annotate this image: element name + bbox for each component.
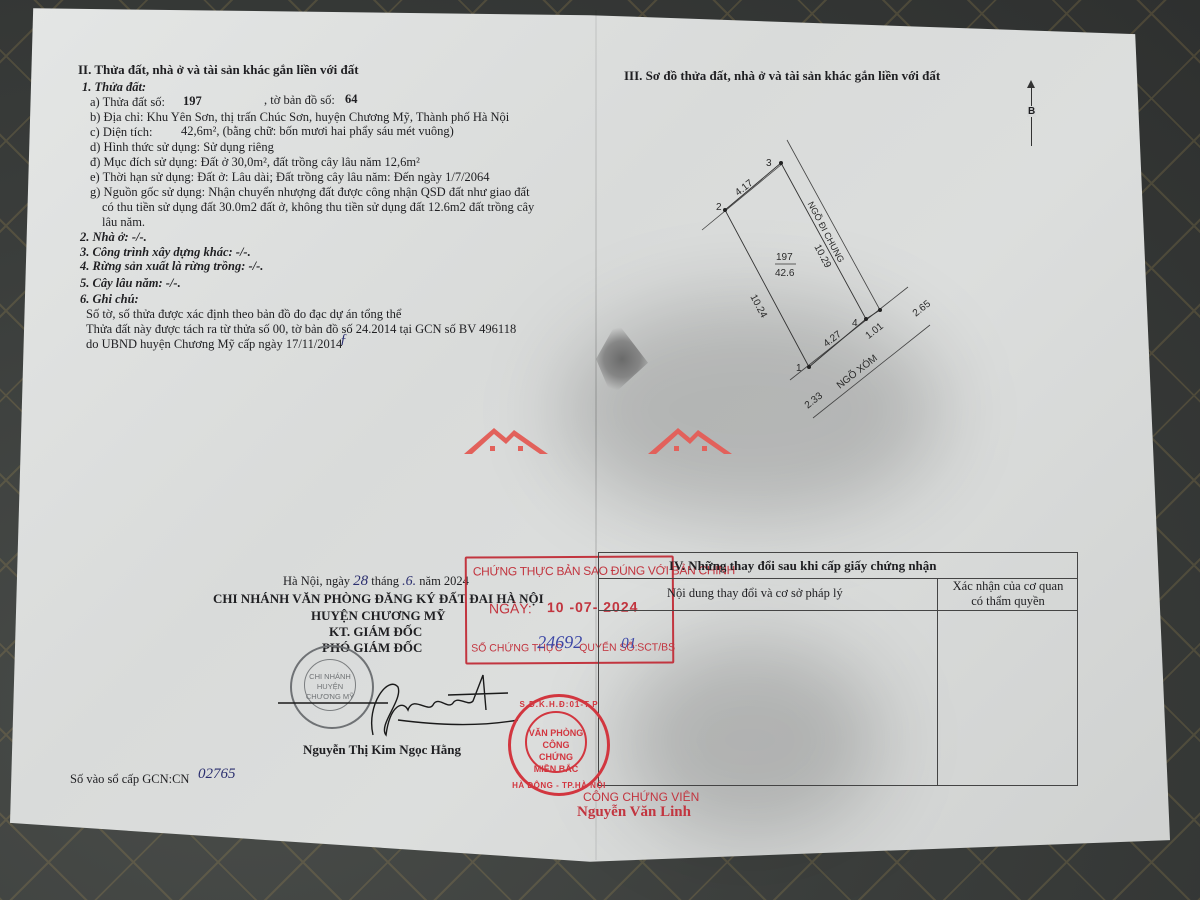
parcel-diagram: 2 3 1 4 197 42.6 4.17 10.24 10.29 4.27 1… [690, 130, 950, 420]
seal-ring-top: S.Đ.K.H.Đ:01-T.P [511, 700, 607, 709]
watermark-house-icon [464, 424, 548, 456]
signer-role-1: KT. GIÁM ĐỐC [329, 624, 422, 640]
road-front-label: NGÕ XÓM [834, 351, 880, 391]
signer-name: Nguyễn Thị Kim Ngọc Hằng [303, 742, 461, 758]
notes-heading: 6. Ghi chú: [80, 292, 139, 308]
notary-title: CÔNG CHỨNG VIÊN [583, 790, 699, 804]
changes-table: IV. Những thay đổi sau khi cấp giấy chứn… [598, 552, 1078, 786]
seal-line: MIỀN BẮC [527, 763, 585, 775]
north-arrow-icon [1027, 80, 1035, 88]
cert-no: 24692 [537, 632, 582, 653]
road-width-right: 2.65 [911, 298, 933, 319]
usage-origin-2: có thu tiền sử dụng đất 30.0m2 đất ở, kh… [102, 200, 534, 216]
note-line: Số tờ, số thửa được xác định theo bản đồ… [86, 307, 401, 323]
year-label: năm 2024 [419, 574, 469, 588]
col2-line2: có thẩm quyền [939, 594, 1077, 609]
cert-date-label: NGÀY: [489, 600, 532, 616]
parcel-number: 197 [776, 252, 793, 263]
seal-line: CÔNG CHỨNG [527, 739, 585, 763]
section4-heading: IV. Những thay đổi sau khi cấp giấy chứn… [599, 553, 1077, 579]
point-1-label: 1 [796, 363, 802, 374]
perennial-item: 5. Cây lâu năm: -/-. [80, 276, 181, 292]
house-item: 2. Nhà ở: -/-. [80, 230, 147, 246]
notary-name: Nguyễn Văn Linh [577, 804, 691, 821]
seal-ring-bottom: HÀ ĐÔNG - TP.HÀ NỘI [511, 781, 607, 790]
date-day: 28 [353, 573, 368, 589]
date-month: .6. [402, 574, 416, 589]
usage-term: e) Thời hạn sử dụng: Đất ở: Lâu dài; Đất… [90, 170, 490, 186]
registry-label: Số vào sổ cấp GCN:CN [70, 772, 189, 788]
usage-purpose: đ) Mục đích sử dụng: Đất ở 30,0m², đất t… [90, 155, 420, 171]
area-label: c) Diện tích: [90, 125, 152, 141]
north-label: B [1027, 106, 1036, 117]
header-divider [599, 610, 1077, 611]
map-sheet-no: 64 [345, 92, 358, 108]
road-width-left: 2.33 [803, 390, 825, 411]
area-value: 42,6m², (bằng chữ: bốn mươi hai phẩy sáu… [181, 124, 454, 140]
usage-form: d) Hình thức sử dụng: Sử dụng riêng [90, 140, 274, 156]
note-line: do UBND huyện Chương Mỹ cấp ngày 17/11/2… [86, 337, 342, 353]
col2-line1: Xác nhận của cơ quan [939, 579, 1077, 594]
usage-origin-1: g) Nguồn gốc sử dụng: Nhận chuyển nhượng… [90, 185, 530, 201]
seal-line: VĂN PHÒNG [527, 727, 585, 739]
point-3-label: 3 [766, 158, 772, 169]
parcel-no-label: a) Thửa đất số: [90, 95, 165, 111]
month-label: tháng [371, 574, 399, 588]
usage-origin-3: lâu năm. [102, 215, 145, 231]
column-header-confirmation: Xác nhận của cơ quan có thẩm quyền [939, 579, 1077, 609]
parcel-area: 42.6 [775, 268, 795, 279]
signature-scribble [278, 665, 518, 745]
column-header-changes: Nội dung thay đổi và cơ sở pháp lý [667, 586, 843, 601]
point-4-label: 4 [852, 318, 858, 329]
land-heading: 1. Thửa đất: [82, 80, 146, 96]
handwritten-initial: ƒ [340, 332, 347, 348]
section3-heading: III. Sơ đồ thửa đất, nhà ở và tài sản kh… [624, 68, 940, 84]
edge-1-2: 10.24 [747, 293, 769, 321]
map-sheet-label: , tờ bản đồ số: [264, 93, 335, 109]
watermark-house-icon [648, 424, 732, 456]
edge-4-corner: 1.01 [864, 321, 886, 342]
district-name: HUYỆN CHƯƠNG MỸ [311, 608, 446, 624]
section2-heading: II. Thửa đất, nhà ở và tài sản khác gắn … [78, 62, 359, 78]
point-2-label: 2 [716, 202, 722, 213]
parcel-no: 197 [183, 94, 202, 110]
registry-number: 02765 [198, 766, 236, 783]
date-prefix: Hà Nội, ngày [283, 574, 350, 588]
issue-date: Hà Nội, ngày 28 tháng .6. năm 2024 [283, 574, 469, 590]
forest-item: 4. Rừng sản xuất là rừng trồng: -/-. [80, 259, 263, 275]
note-line: Thửa đất này được tách ra từ thửa số 00,… [86, 322, 516, 338]
notary-seal: S.Đ.K.H.Đ:01-T.P VĂN PHÒNG CÔNG CHỨNG MI… [508, 694, 610, 796]
